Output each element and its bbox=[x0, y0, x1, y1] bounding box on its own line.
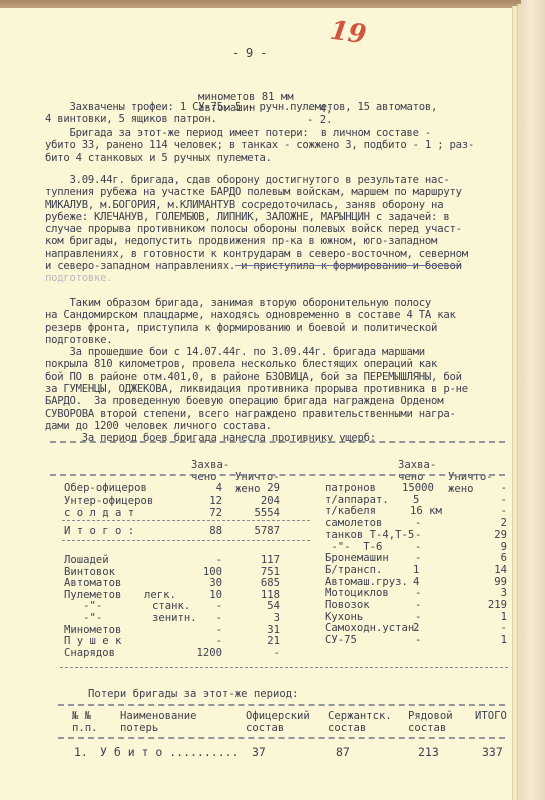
destroyed-value: 3 bbox=[501, 587, 507, 599]
captured-value: - bbox=[216, 600, 222, 612]
losses-header-officers: Офицерский состав bbox=[246, 710, 310, 734]
item-name: Обер-офицеров bbox=[64, 482, 147, 494]
struck-text: подготовке. bbox=[45, 272, 515, 284]
paragraph-line: резерв фронта, приступила к формированию… bbox=[45, 322, 515, 334]
paragraph-line: рубеже: КЛЕЧАНУВ, ГОЛЕМБЮВ, ЛИПНИК, ЗАЛО… bbox=[45, 211, 515, 223]
destroyed-value: 1 bbox=[501, 634, 507, 646]
table-rule bbox=[62, 520, 310, 521]
paragraph-line: ком бригады, недопустить продвижения пр-… bbox=[45, 235, 515, 247]
item-name: И т о г о : bbox=[64, 525, 134, 537]
losses-title: Потери бригады за этот-же период: bbox=[88, 688, 298, 700]
item-name: т/кабеля bbox=[325, 505, 376, 517]
paragraph-line: бой ПО в районе отм.401,0, в районе БЗОВ… bbox=[45, 371, 515, 383]
captured-value: 1 bbox=[413, 564, 419, 576]
captured-value: 5 bbox=[413, 494, 419, 506]
captured-value: - bbox=[216, 612, 222, 624]
paragraph-line: За прошедшие бои с 14.07.44г. по 3.09.44… bbox=[45, 346, 515, 358]
destroyed-value: 117 bbox=[261, 554, 280, 566]
item-name: Самоходн.устан. bbox=[325, 622, 421, 634]
destroyed-value: 685 bbox=[261, 577, 280, 589]
captured-value: 4 bbox=[216, 482, 222, 494]
item-subtype: зенитн. bbox=[152, 612, 197, 624]
damage-header-right: Захва- чено Уничто- жено bbox=[398, 447, 411, 483]
paragraph-line: 4 винтовки, 5 ящиков патрон. bbox=[45, 113, 515, 125]
destroyed-value: 5787 bbox=[254, 525, 280, 537]
paragraph-summary: Таким образом бригада, занимая вторую об… bbox=[45, 297, 515, 445]
item-name: Бронемашин bbox=[325, 552, 389, 564]
destroyed-value: 99 bbox=[494, 576, 507, 588]
paragraph-trophies: Захвачены трофеи: 1 СУ-75, 5 - ручн.пуле… bbox=[45, 101, 515, 126]
table-rule bbox=[50, 441, 505, 443]
item-name: П у ш е к bbox=[64, 635, 121, 647]
captured-value: 72 bbox=[209, 507, 222, 519]
captured-value: 4 bbox=[413, 576, 419, 588]
destroyed-value: 14 bbox=[494, 564, 507, 576]
captured-value: - bbox=[415, 599, 421, 611]
destroyed-value: 29 bbox=[494, 529, 507, 541]
destroyed-value: - bbox=[501, 482, 507, 494]
destroyed-value: 2 bbox=[501, 517, 507, 529]
destroyed-value: 5554 bbox=[254, 507, 280, 519]
losses-cell-privates: 213 bbox=[418, 746, 439, 758]
captured-value: - bbox=[216, 635, 222, 647]
captured-value: 2 bbox=[413, 622, 419, 634]
paragraph-line: Таким образом бригада, занимая вторую об… bbox=[45, 297, 515, 309]
item-name: патронов bbox=[325, 482, 376, 494]
destroyed-value: 118 bbox=[261, 589, 280, 601]
destroyed-value: 21 bbox=[267, 635, 280, 647]
item-name: Мотоциклов bbox=[325, 587, 389, 599]
captured-value: - bbox=[415, 634, 421, 646]
handwritten-folio-number: 19 bbox=[328, 16, 368, 51]
destroyed-value: 9 bbox=[501, 541, 507, 553]
header-captured: Захва- чено bbox=[191, 459, 229, 483]
table-rule bbox=[58, 737, 505, 739]
destroyed-value: - bbox=[501, 494, 507, 506]
damage-header-left: Захва- чено Уничто- жено bbox=[191, 447, 204, 483]
losses-header-total: ИТОГО bbox=[475, 710, 507, 722]
item-name: т/аппарат. bbox=[325, 494, 389, 506]
item-name: -"- bbox=[64, 600, 102, 612]
item-name: СУ-75 bbox=[325, 634, 357, 646]
destroyed-value: - bbox=[501, 622, 507, 634]
item-name: Кухонь bbox=[325, 611, 363, 623]
paragraph-line: тупления рубежа на участке БАРДО полевым… bbox=[45, 186, 515, 198]
captured-value: - bbox=[415, 587, 421, 599]
captured-value: 100 bbox=[203, 566, 222, 578]
paragraph-line: и северо-западном направлениях. и присту… bbox=[45, 260, 515, 272]
destroyed-value: 751 bbox=[261, 566, 280, 578]
paragraph-losses: Бригада за этот-же период имеет потери: … bbox=[45, 127, 515, 164]
paragraph-line: на Сандомирском плацдарме, находясь одно… bbox=[45, 309, 515, 321]
losses-cell-sergeants: 87 bbox=[336, 746, 350, 758]
item-name: Пулеметов bbox=[64, 589, 121, 601]
paragraph-line: Бригада за этот-же период имеет потери: … bbox=[45, 127, 515, 139]
losses-cell-officers: 37 bbox=[252, 746, 266, 758]
paragraph-line: БАРДО. За проведенную боевую операцию бр… bbox=[45, 395, 515, 407]
item-name: танков Т-4,Т-5 bbox=[325, 529, 414, 541]
table-rule bbox=[60, 667, 508, 668]
struck-text: и приступила к формированию и боевой bbox=[235, 260, 462, 272]
paragraph-line: СУВОРОВА второй степени, всего награжден… bbox=[45, 408, 515, 420]
captured-value: - bbox=[415, 611, 421, 623]
destroyed-value: 6 bbox=[501, 552, 507, 564]
item-name: Автоматов bbox=[64, 577, 121, 589]
table-rule bbox=[50, 474, 505, 476]
paragraph-line: бито 4 станковых и 5 ручных пулемета. bbox=[45, 152, 515, 164]
destroyed-value: 31 bbox=[267, 624, 280, 636]
losses-header-sergeants: Сержантск. состав bbox=[328, 710, 392, 734]
item-subtype: станк. bbox=[152, 600, 190, 612]
destroyed-value: 54 bbox=[267, 600, 280, 612]
binding-margin bbox=[521, 0, 545, 800]
paragraph-line: Захвачены трофеи: 1 СУ-75, 5 - ручн.пуле… bbox=[45, 101, 515, 113]
destroyed-value: - bbox=[274, 647, 280, 659]
item-name: Лошадей bbox=[64, 554, 109, 566]
destroyed-value: 219 bbox=[488, 599, 507, 611]
losses-cell-num: 1. bbox=[74, 746, 88, 758]
captured-value: - bbox=[216, 624, 222, 636]
item-name: Винтовок bbox=[64, 566, 115, 578]
losses-cell-total: 337 bbox=[482, 746, 503, 758]
paragraph-line: покрыла 810 километров, провела нескольк… bbox=[45, 358, 515, 370]
item-name: Снарядов bbox=[64, 647, 115, 659]
captured-value: - bbox=[415, 552, 421, 564]
paragraph-line: МИКАЛУВ, м.БОГОРИЯ, м.КЛИМАНТУВ сосредот… bbox=[45, 199, 515, 211]
captured-value: 15000 bbox=[402, 482, 434, 494]
item-name: -"- Т-6 bbox=[325, 541, 382, 553]
destroyed-value: 204 bbox=[261, 495, 280, 507]
losses-header-name: Наименование потерь bbox=[120, 710, 197, 734]
destroyed-value: - bbox=[501, 505, 507, 517]
captured-value: 88 bbox=[209, 525, 222, 537]
losses-cell-name: У б и т о .......... bbox=[100, 746, 238, 758]
paragraph-line: направлениях, в готовности к контрударам… bbox=[45, 248, 515, 260]
item-name: самолетов bbox=[325, 517, 382, 529]
item-name: Повозок bbox=[325, 599, 370, 611]
paragraph-line: 3.09.44г. бригада, сдав оборону достигну… bbox=[45, 174, 515, 186]
paragraph-line: убито 33, ранено 114 человек; в танках -… bbox=[45, 139, 515, 151]
item-subtype: легк. bbox=[144, 589, 176, 601]
item-name: Минометов bbox=[64, 624, 121, 636]
item-name: с о л д а т bbox=[64, 507, 134, 519]
item-name: Б/трансп. bbox=[325, 564, 382, 576]
paragraph-line: подготовке. bbox=[45, 334, 515, 346]
table-rule bbox=[62, 540, 310, 541]
captured-value: 1200 bbox=[196, 647, 222, 659]
paragraph-line: случае прорыва противником полосы оборон… bbox=[45, 223, 515, 235]
item-name: Унтер-офицеров bbox=[64, 495, 153, 507]
item-name: Автомаш.груз. bbox=[325, 576, 408, 588]
header-captured: Захва- чено bbox=[398, 459, 436, 483]
captured-value: 12 bbox=[209, 495, 222, 507]
paragraph-line: дами до 1200 человек личного состава. bbox=[45, 420, 515, 432]
paragraph-line: за ГУМЕНЦЫ, ОДЖЕКОВА, ликвидация противн… bbox=[45, 383, 515, 395]
captured-value: - bbox=[216, 554, 222, 566]
losses-header-num: № № п.п. bbox=[72, 710, 98, 734]
paragraph-defense: 3.09.44г. бригада, сдав оборону достигну… bbox=[45, 174, 515, 285]
table-rule bbox=[58, 704, 505, 706]
destroyed-value: 29 bbox=[267, 482, 280, 494]
destroyed-value: 3 bbox=[274, 612, 280, 624]
captured-value: - bbox=[415, 541, 421, 553]
destroyed-value: 1 bbox=[501, 611, 507, 623]
captured-value: 16 км bbox=[410, 505, 442, 517]
captured-value: 30 bbox=[209, 577, 222, 589]
captured-value: - bbox=[415, 517, 421, 529]
captured-value: - bbox=[415, 529, 421, 541]
losses-header-privates: Рядовой состав bbox=[408, 710, 453, 734]
page-number: - 9 - bbox=[232, 47, 267, 59]
item-name: -"- bbox=[64, 612, 102, 624]
captured-value: 10 bbox=[209, 589, 222, 601]
